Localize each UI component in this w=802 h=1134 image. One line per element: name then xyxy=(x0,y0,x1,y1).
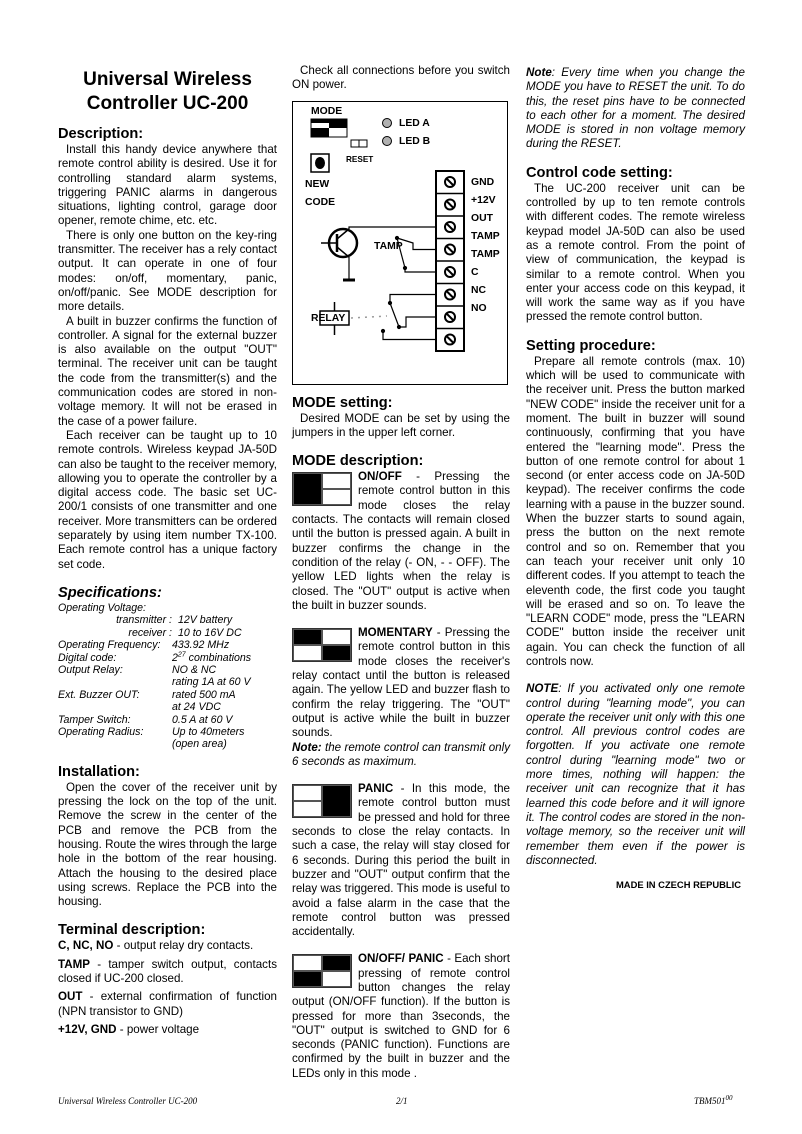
led-a-label: LED A xyxy=(399,117,430,131)
setting-procedure-text: Prepare all remote controls (max. 10) wh… xyxy=(526,355,745,670)
spec-key: Operating Voltage: xyxy=(58,602,146,614)
terminal-item: TAMP - tamper switch output, contacts cl… xyxy=(58,958,277,987)
spec-key: Operating Frequency: xyxy=(58,639,172,651)
check-connections-text: Check all connections before you switch … xyxy=(292,64,510,93)
wiring-diagram: MODE LED A LED B RESET NEW CODE TAMP REL… xyxy=(292,101,508,385)
specifications-heading: Specifications: xyxy=(58,585,277,602)
column-right: Note: Every time when you change the MOD… xyxy=(526,64,745,892)
new-code-button-icon xyxy=(311,154,329,172)
terminal-item: +12V, GND - power voltage xyxy=(58,1023,277,1037)
description-paragraph: Install this handy device anywhere that … xyxy=(58,143,277,229)
spec-row: Ext. Buzzer OUT: rated 500 mA xyxy=(58,689,277,701)
spec-key xyxy=(58,676,172,688)
spec-value: 227 combinations xyxy=(172,652,277,664)
description-heading: Description: xyxy=(58,126,277,143)
spec-row: rating 1A at 60 V xyxy=(58,676,277,688)
terminal-description-section: Terminal description: C, NC, NO - output… xyxy=(58,922,277,1037)
terminal-label-c: C xyxy=(471,264,500,282)
mode-description-heading: MODE description: xyxy=(292,453,510,470)
spec-value: rating 1A at 60 V xyxy=(172,676,277,688)
footer-document-name: Universal Wireless Controller UC-200 xyxy=(58,1096,197,1106)
spec-key: Tamper Switch: xyxy=(58,714,172,726)
new-code-label-line-1: NEW xyxy=(305,178,329,192)
document-title: Universal Wireless Controller UC-200 xyxy=(58,68,277,116)
spec-value: at 24 VDC xyxy=(172,701,277,713)
installation-section: Installation: Open the cover of the rece… xyxy=(58,764,277,910)
specifications-section: Specifications: Operating Voltage: trans… xyxy=(58,585,277,751)
reset-note: Note: Every time when you change the MOD… xyxy=(526,66,745,152)
footer-page-number: 2/1 xyxy=(396,1096,408,1106)
spec-key: transmitter : xyxy=(58,614,172,626)
terminal-description-heading: Terminal description: xyxy=(58,922,277,939)
jumper-momentary-icon xyxy=(292,628,352,662)
tamp-switch-label: TAMP xyxy=(374,240,403,254)
terminal-labels: GND +12V OUT TAMP TAMP C NC NO xyxy=(471,174,500,318)
spec-value: rated 500 mA xyxy=(172,689,277,701)
control-code-setting-heading: Control code setting: xyxy=(526,165,745,182)
spec-value: (open area) xyxy=(172,738,277,750)
mode-description-section: MODE description: ON/OFF - Pressing the … xyxy=(292,453,510,1081)
spec-row: Operating Frequency: 433.92 MHz xyxy=(58,639,277,651)
spec-row: at 24 VDC xyxy=(58,701,277,713)
column-left: Universal Wireless Controller UC-200 Des… xyxy=(58,64,277,1041)
spec-key: Ext. Buzzer OUT: xyxy=(58,689,172,701)
spec-row: Operating Voltage: xyxy=(58,602,277,614)
made-in-label: MADE IN CZECH REPUBLIC xyxy=(526,878,745,892)
terminal-block-icon xyxy=(436,171,464,351)
control-code-setting-text: The UC-200 receiver unit can be controll… xyxy=(526,182,745,325)
description-paragraph: There is only one button on the key-ring… xyxy=(58,229,277,315)
new-code-label-line-2: CODE xyxy=(305,196,335,210)
spec-value: 10 to 16V DC xyxy=(172,627,277,639)
installation-heading: Installation: xyxy=(58,764,277,781)
mode-on-off-panic: ON/OFF/ PANIC - Each short pressing of r… xyxy=(292,952,510,1081)
relay-contacts-icon xyxy=(382,294,437,339)
spec-row: Output Relay: NO & NC xyxy=(58,664,277,676)
mode-momentary: MOMENTARY - Pressing the remote control … xyxy=(292,626,510,769)
mode-panic: PANIC - In this mode, the remote control… xyxy=(292,782,510,939)
setting-procedure-heading: Setting procedure: xyxy=(526,338,745,355)
spec-row: Tamper Switch: 0.5 A at 60 V xyxy=(58,714,277,726)
description-section: Description: Install this handy device a… xyxy=(58,126,277,572)
spec-key: receiver : xyxy=(58,627,172,639)
footer-document-code: TBM50100 xyxy=(694,1096,733,1106)
column-middle: Check all connections before you switch … xyxy=(292,64,510,1081)
spec-key: Operating Radius: xyxy=(58,726,172,738)
terminal-item: OUT - external confirmation of function … xyxy=(58,990,277,1019)
led-b-icon xyxy=(383,136,392,145)
terminal-label-no: NO xyxy=(471,300,500,318)
setting-procedure-section: Setting procedure: Prepare all remote co… xyxy=(526,338,745,670)
spec-value: 433.92 MHz xyxy=(172,639,277,651)
spec-key: Digital code: xyxy=(58,652,172,664)
relay-label: RELAY xyxy=(311,312,345,326)
spec-row: Operating Radius: Up to 40meters xyxy=(58,726,277,738)
mode-setting-heading: MODE setting: xyxy=(292,395,510,412)
description-paragraph: Each receiver can be taught up to 10 rem… xyxy=(58,429,277,572)
learning-note: NOTE: If you activated only one remote c… xyxy=(526,682,745,868)
spec-value: 12V battery xyxy=(172,614,277,626)
terminal-label-tamp: TAMP xyxy=(471,228,500,246)
spec-key: Output Relay: xyxy=(58,664,172,676)
reset-label: RESET xyxy=(346,153,373,167)
mode-note: Note: the remote control can transmit on… xyxy=(292,741,510,770)
spec-row: receiver : 10 to 16V DC xyxy=(58,627,277,639)
description-paragraph: A built in buzzer confirms the function … xyxy=(58,315,277,429)
installation-text: Open the cover of the receiver unit by p… xyxy=(58,781,277,910)
spec-row: Digital code: 227 combinations xyxy=(58,652,277,664)
spec-row: (open area) xyxy=(58,738,277,750)
mode-label: MODE xyxy=(311,105,342,119)
title-line-2: Controller UC-200 xyxy=(58,92,277,116)
terminal-label-nc: NC xyxy=(471,282,500,300)
spec-key xyxy=(58,738,172,750)
terminal-label-out: OUT xyxy=(471,210,500,228)
spec-value: 0.5 A at 60 V xyxy=(172,714,277,726)
mode-setting-section: MODE setting: Desired MODE can be set by… xyxy=(292,395,510,441)
terminal-label-tamp: TAMP xyxy=(471,246,500,264)
led-a-icon xyxy=(383,118,392,127)
reset-pins-icon xyxy=(351,140,367,147)
control-code-setting-section: Control code setting: The UC-200 receive… xyxy=(526,165,745,325)
spec-value: Up to 40meters xyxy=(172,726,277,738)
spec-value: NO & NC xyxy=(172,664,277,676)
jumper-on-off-panic-icon xyxy=(292,954,352,988)
spec-key xyxy=(58,701,172,713)
terminal-item: C, NC, NO - output relay dry contacts. xyxy=(58,939,277,953)
jumper-on-off-icon xyxy=(292,472,352,506)
terminal-label-12v: +12V xyxy=(471,192,500,210)
led-b-label: LED B xyxy=(399,135,430,149)
mode-setting-text: Desired MODE can be set by using the jum… xyxy=(292,412,510,441)
spec-row: transmitter : 12V battery xyxy=(58,614,277,626)
title-line-1: Universal Wireless xyxy=(58,68,277,92)
jumper-panic-icon xyxy=(292,784,352,818)
mode-jumper-icon xyxy=(311,119,347,137)
mode-on-off: ON/OFF - Pressing the remote control but… xyxy=(292,470,510,613)
terminal-label-gnd: GND xyxy=(471,174,500,192)
specifications-table: Operating Voltage: transmitter : 12V bat… xyxy=(58,602,277,751)
